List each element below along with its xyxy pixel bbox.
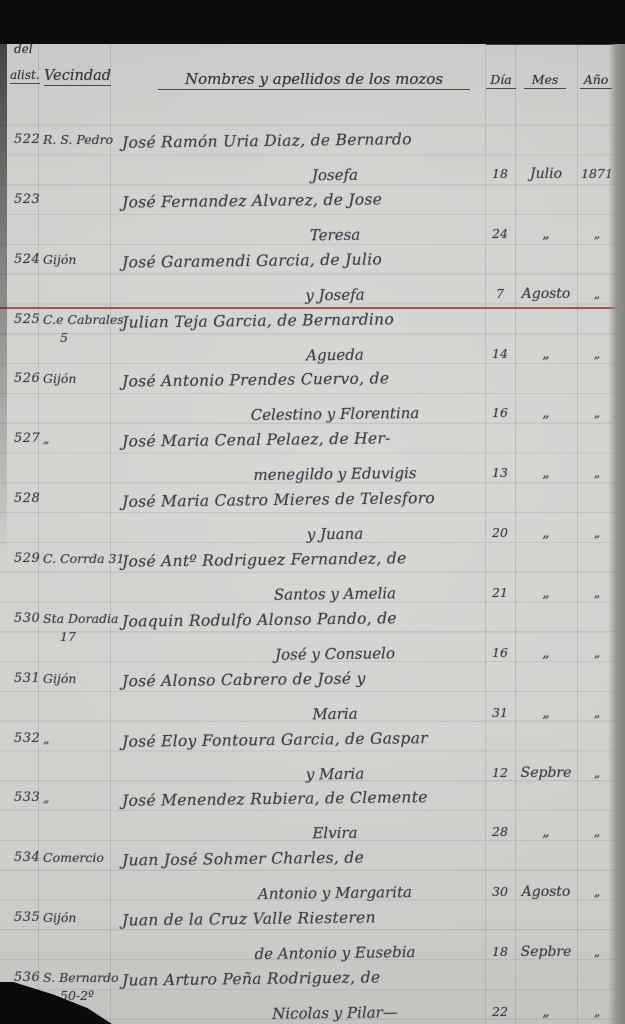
entry-day: 12 — [484, 765, 516, 780]
entry-day: 30 — [484, 884, 516, 899]
entry-vecindad: Gijón — [43, 252, 121, 267]
entry-month: „ — [516, 405, 576, 421]
entry-number: 528 — [14, 491, 44, 506]
entry-name-line1: José Antº Rodriguez Fernandez, de — [122, 549, 407, 570]
entry-month: „ — [516, 1004, 576, 1020]
entry-name-line2: de Antonio y Eusebia — [200, 942, 470, 963]
scan-bottom-left-corner — [0, 982, 112, 1024]
entry-vecindad: Gijón — [43, 910, 121, 925]
entry-name-line1: José Eloy Fontoura Garcia, de Gaspar — [122, 729, 428, 751]
entry-number: 529 — [14, 551, 44, 566]
column-line-dia — [515, 0, 516, 1024]
entry-day: 14 — [484, 346, 516, 361]
entry-number: 533 — [14, 790, 44, 805]
entry-day: 18 — [484, 166, 516, 181]
entry-number: 530 — [14, 611, 44, 626]
entry-number: 522 — [14, 132, 44, 147]
entry-month: „ — [516, 346, 576, 362]
header-num-line2: del — [14, 42, 33, 56]
entry-name-line1: José Ramón Uria Diaz, de Bernardo — [122, 130, 412, 152]
entry-vecindad: S. Bernardo — [43, 970, 121, 985]
entry-name-line1: José Maria Cenal Pelaez, de Her- — [122, 430, 391, 451]
header-dia: Día — [486, 72, 516, 89]
entry-name-line1: José Antonio Prendes Cuervo, de — [122, 370, 389, 391]
scan-right-edge — [608, 0, 625, 1024]
entry-vecindad: Gijón — [43, 671, 121, 686]
entry-name-line2: Antonio y Margarita — [200, 883, 470, 904]
entry-number: 525 — [14, 312, 44, 327]
entry-month: „ — [516, 705, 576, 721]
entry-name-line2: Josefa — [200, 164, 470, 185]
entry-number: 534 — [14, 850, 44, 865]
entry-name-line2: Celestino y Florentina — [200, 404, 470, 425]
entry-vecindad: „ — [43, 731, 121, 746]
entry-vecindad: Gijón — [43, 371, 121, 386]
entry-name-line2: José y Consuelo — [200, 643, 470, 664]
entry-vecindad: R. S. Pedro — [43, 132, 121, 147]
entry-vecindad-line2: 17 — [60, 629, 76, 644]
entry-month: „ — [516, 645, 576, 661]
scanned-register-page: Núm. del alist. Vecindad Nombres y apell… — [0, 0, 625, 1024]
entry-vecindad: C.e Cabrales — [43, 312, 121, 327]
entry-name-line1: José Maria Castro Mieres de Telesforo — [122, 489, 435, 511]
entry-name-line2: y Maria — [200, 763, 470, 784]
entry-name-line2: Agueda — [200, 344, 470, 365]
entry-month: Agosto — [516, 286, 576, 302]
entry-day: 16 — [484, 405, 516, 420]
entry-month: „ — [516, 525, 576, 541]
entry-day: 21 — [484, 585, 516, 600]
entry-name-line2: Maria — [200, 703, 470, 724]
entry-day: 13 — [484, 465, 516, 480]
entry-number: 527 — [14, 431, 44, 446]
entry-name-line1: José Alonso Cabrero de José y — [122, 669, 366, 690]
entry-day: 28 — [484, 824, 516, 839]
entry-vecindad: Comercio — [43, 850, 121, 865]
entry-day: 24 — [484, 226, 516, 241]
entry-name-line2: menegildo y Eduvigis — [200, 464, 470, 485]
red-separator-line — [0, 307, 618, 309]
entry-name-line1: José Menendez Rubiera, de Clemente — [122, 788, 428, 810]
entry-number: 526 — [14, 371, 44, 386]
entry-month: „ — [516, 824, 576, 840]
entry-month: Agosto — [516, 884, 576, 900]
entry-name-line1: José Fernandez Alvarez, de Jose — [122, 190, 382, 211]
entry-day: 20 — [484, 525, 516, 540]
column-line-vecindad — [110, 0, 111, 1024]
entry-month: „ — [516, 465, 576, 481]
entry-name-line1: Julian Teja Garcia, de Bernardino — [122, 310, 394, 331]
header-vecindad: Vecindad — [44, 68, 111, 86]
entry-day: 22 — [484, 1004, 516, 1019]
entry-name-line2: y Juana — [200, 523, 470, 544]
entry-name-line2: Nicolas y Pilar— — [200, 1002, 470, 1023]
entry-day: 7 — [484, 286, 516, 301]
entry-name-line1: Juan de la Cruz Valle Riesteren — [122, 908, 376, 929]
entry-vecindad: „ — [43, 431, 121, 446]
entry-month: „ — [516, 226, 576, 242]
entry-number: 524 — [14, 252, 44, 267]
scan-top-edge — [0, 0, 625, 44]
entry-number: 536 — [14, 970, 44, 985]
entry-name-line2: Teresa — [200, 224, 470, 245]
header-mes: Mes — [524, 72, 566, 89]
entry-name-line1: Juan José Sohmer Charles, de — [122, 849, 364, 870]
entry-number: 535 — [14, 910, 44, 925]
entry-day: 31 — [484, 705, 516, 720]
scan-left-edge-shadow — [0, 6, 7, 566]
entry-number: 531 — [14, 671, 44, 686]
entry-day: 18 — [484, 944, 516, 959]
entry-month: Julio — [516, 166, 576, 182]
column-line-mes — [577, 0, 578, 1024]
entry-vecindad: C. Corrda 31 — [43, 551, 121, 566]
entry-vecindad-line2: 5 — [60, 330, 68, 345]
entry-number: 532 — [14, 731, 44, 746]
entry-name-line2: y Josefa — [200, 284, 470, 305]
entry-month: Sepbre — [516, 944, 576, 960]
entry-month: „ — [516, 585, 576, 601]
entry-number: 523 — [14, 192, 44, 207]
entry-vecindad: Sta Doradia — [43, 611, 121, 626]
entry-name-line1: Joaquin Rodulfo Alonso Pando, de — [122, 609, 397, 630]
entry-month: Sepbre — [516, 765, 576, 781]
column-line-num — [38, 0, 39, 1024]
entry-name-line2: Santos y Amelia — [200, 583, 470, 604]
entry-name-line2: Elvira — [200, 823, 470, 844]
entry-vecindad: „ — [43, 790, 121, 805]
entry-day: 16 — [484, 645, 516, 660]
entry-name-line1: José Garamendi Garcia, de Julio — [122, 250, 382, 271]
column-line-nombres — [485, 0, 486, 1024]
header-nombres: Nombres y apellidos de los mozos — [158, 70, 470, 90]
entry-name-line1: Juan Arturo Peña Rodriguez, de — [122, 968, 381, 989]
header-num-line3: alist. — [10, 68, 40, 84]
